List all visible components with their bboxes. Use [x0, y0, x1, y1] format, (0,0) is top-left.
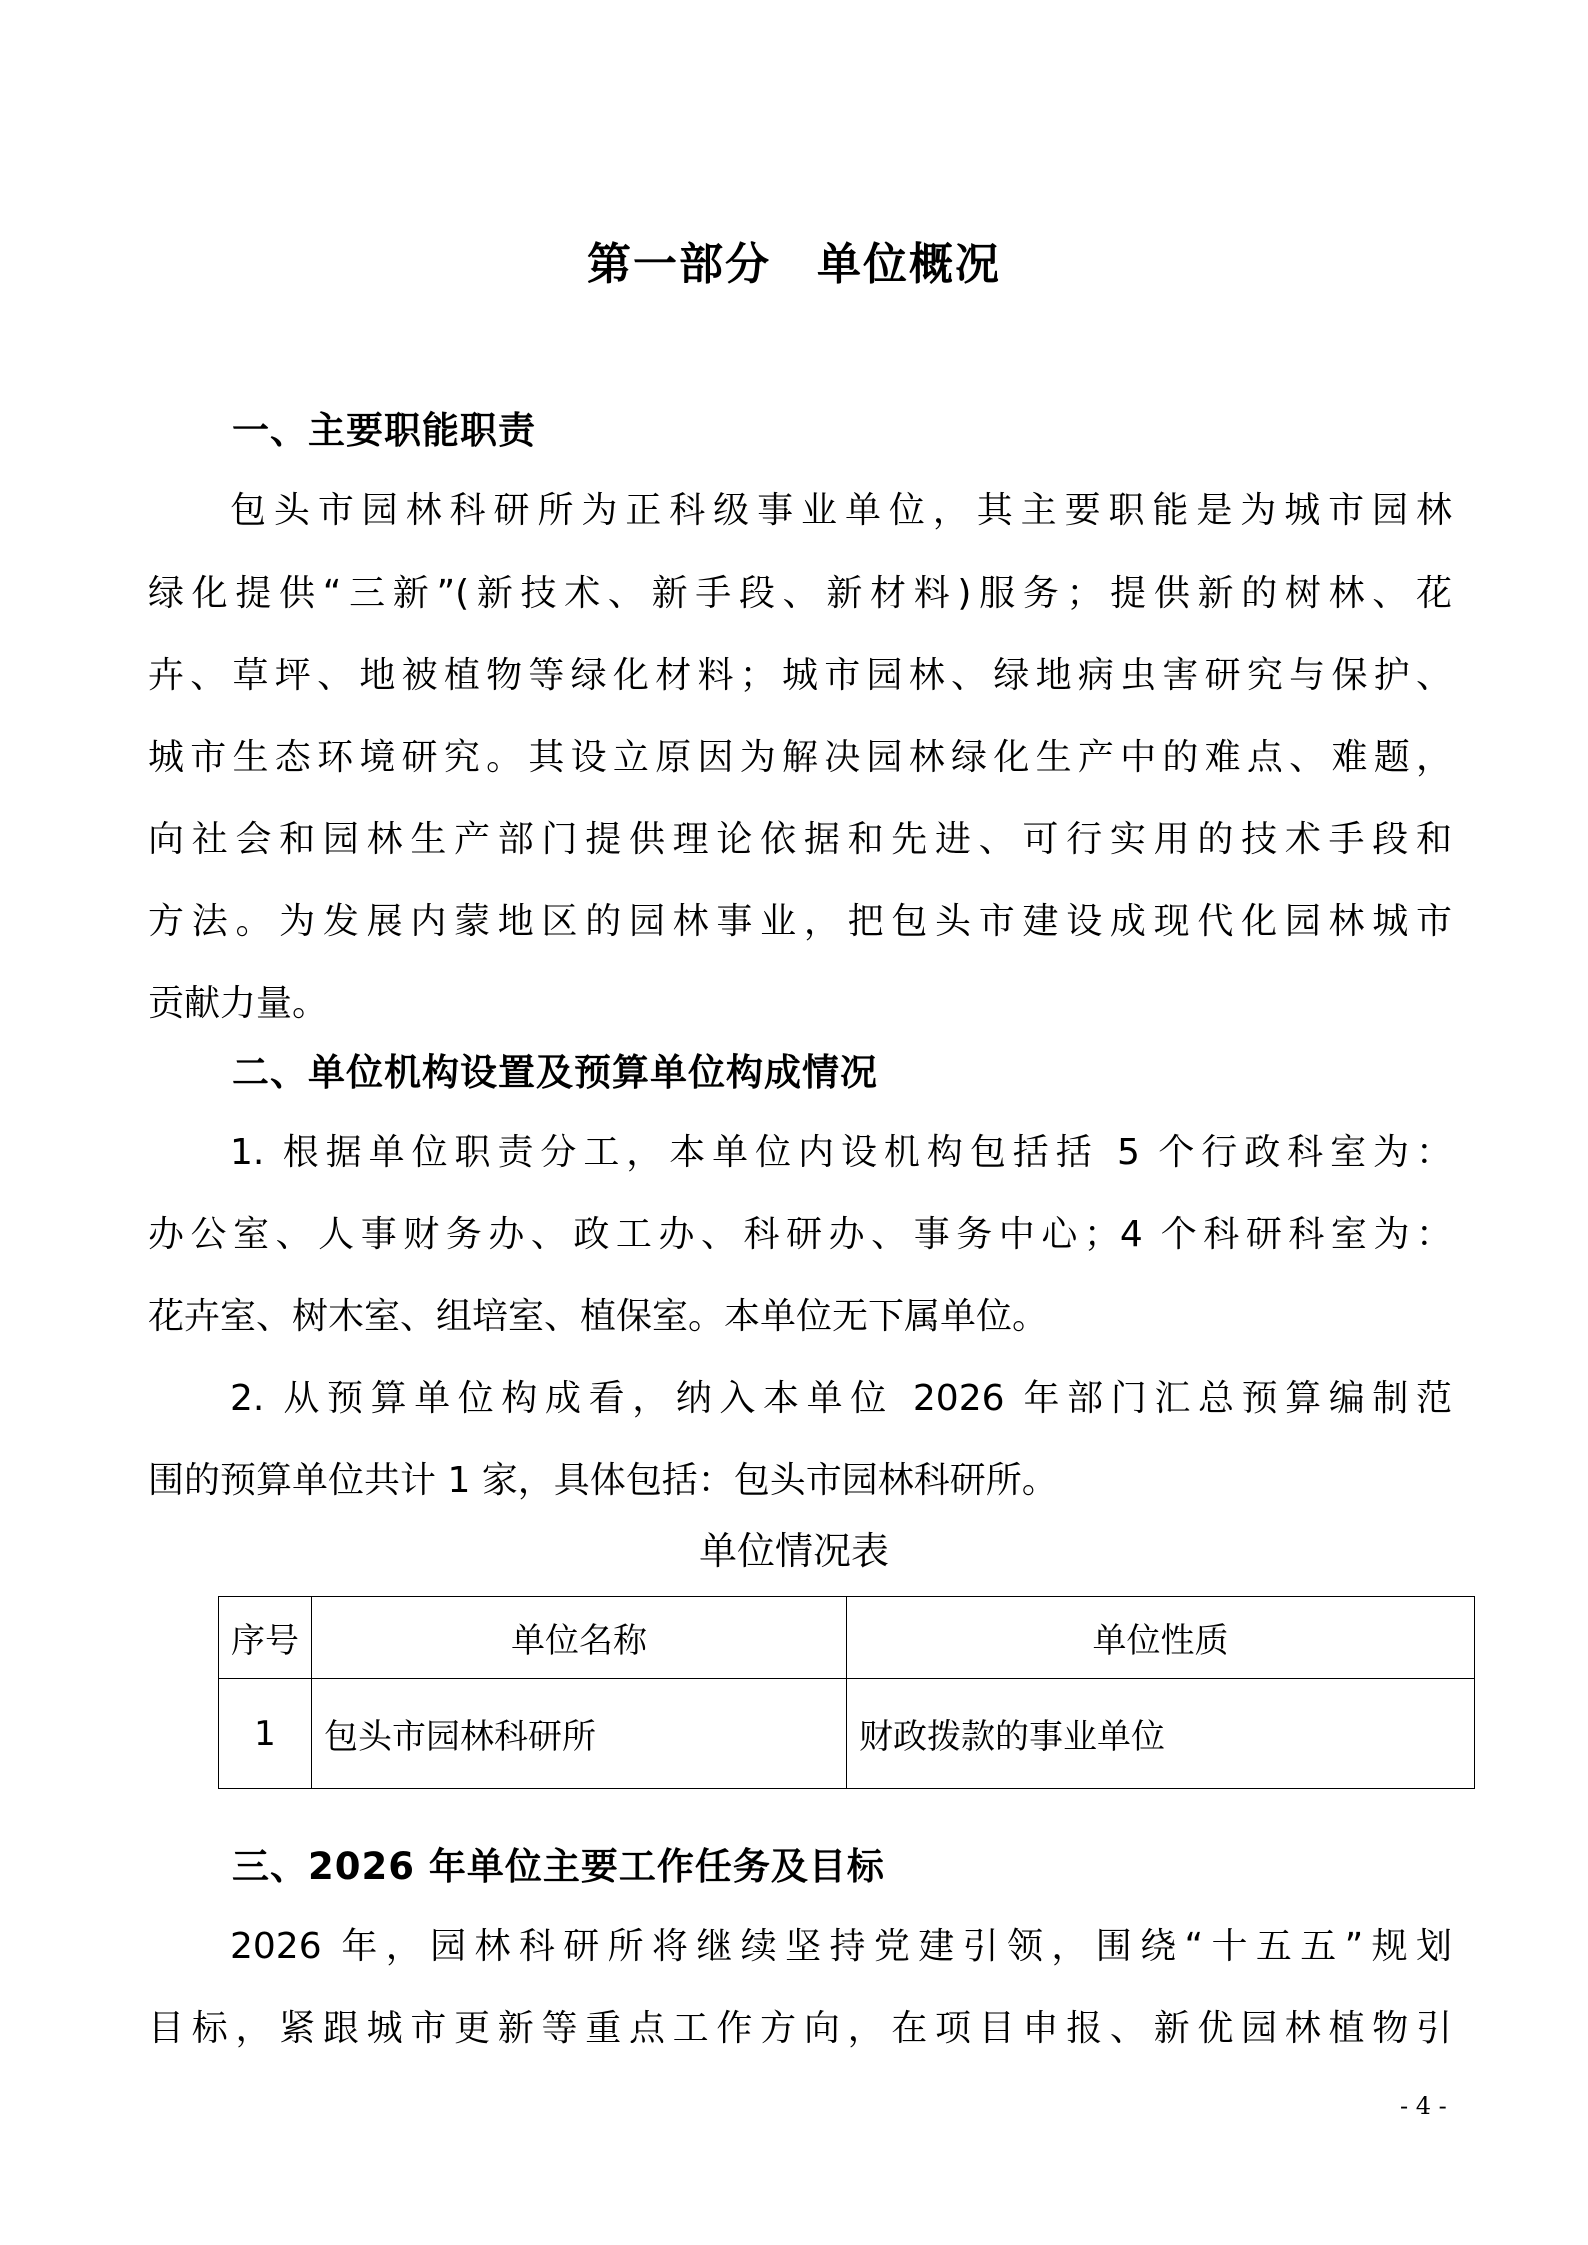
paragraph-line: 围的预算单位共计 1 家，具体包括：包头市园林科研所。 — [148, 1452, 1452, 1503]
section-heading-1: 一、主要职能职责 — [232, 400, 536, 454]
paragraph-line: 向社会和园林生产部门提供理论依据和先进、可行实用的技术手段和 — [148, 811, 1452, 862]
table-caption: 单位情况表 — [0, 1520, 1588, 1575]
paragraph-line: 2. 从预算单位构成看，纳入本单位 2026 年部门汇总预算编制范 — [230, 1370, 1452, 1421]
header-unit-nature: 单位性质 — [847, 1597, 1475, 1679]
page-number: - 4 - — [1400, 2092, 1447, 2120]
paragraph-line: 城市生态环境研究。其设立原因为解决园林绿化生产中的难点、难题， — [148, 729, 1452, 780]
document-page: 第一部分 单位概况 一、主要职能职责 包头市园林科研所为正科级事业单位，其主要职… — [0, 0, 1588, 2245]
cell-serial: 1 — [219, 1679, 312, 1789]
paragraph-line: 方法。为发展内蒙地区的园林事业，把包头市建设成现代化园林城市 — [148, 893, 1452, 944]
paragraph-line: 花卉室、树木室、组培室、植保室。本单位无下属单位。 — [148, 1288, 1452, 1339]
table-row: 1 包头市园林科研所 财政拨款的事业单位 — [219, 1679, 1475, 1789]
paragraph-line: 办公室、人事财务办、政工办、科研办、事务中心；4 个科研科室为： — [148, 1206, 1452, 1257]
header-unit-name: 单位名称 — [312, 1597, 847, 1679]
paragraph-line: 卉、草坪、地被植物等绿化材料；城市园林、绿地病虫害研究与保护、 — [148, 647, 1452, 698]
paragraph-line: 包头市园林科研所为正科级事业单位，其主要职能是为城市园林 — [230, 482, 1452, 533]
paragraph-line: 2026 年，园林科研所将继续坚持党建引领，围绕“十五五”规划 — [230, 1918, 1452, 1969]
paragraph-line: 绿化提供“三新”(新技术、新手段、新材料)服务；提供新的树林、花 — [148, 565, 1452, 616]
paragraph-line: 1. 根据单位职责分工，本单位内设机构包括括 5 个行政科室为： — [230, 1124, 1452, 1175]
table-header-row: 序号 单位名称 单位性质 — [219, 1597, 1475, 1679]
header-serial: 序号 — [219, 1597, 312, 1679]
section-heading-2: 二、单位机构设置及预算单位构成情况 — [232, 1042, 878, 1096]
page-title: 第一部分 单位概况 — [0, 228, 1588, 292]
cell-unit-nature: 财政拨款的事业单位 — [847, 1679, 1475, 1789]
cell-unit-name: 包头市园林科研所 — [312, 1679, 847, 1789]
paragraph-line: 贡献力量。 — [148, 975, 1452, 1026]
paragraph-line: 目标，紧跟城市更新等重点工作方向，在项目申报、新优园林植物引 — [148, 2000, 1452, 2051]
unit-info-table: 序号 单位名称 单位性质 1 包头市园林科研所 财政拨款的事业单位 — [218, 1596, 1475, 1789]
section-heading-3: 三、2026 年单位主要工作任务及目标 — [232, 1836, 885, 1890]
